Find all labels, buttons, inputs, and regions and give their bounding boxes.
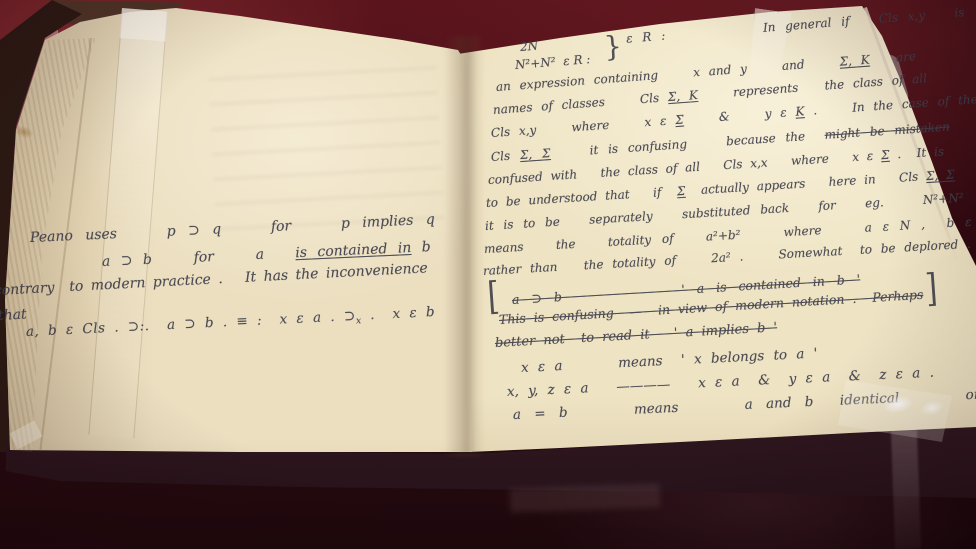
photo-vignette [0, 0, 976, 549]
museum-photo-scene: Peano uses p ⊃ q for p implies qa ⊃ b fo… [0, 0, 976, 549]
